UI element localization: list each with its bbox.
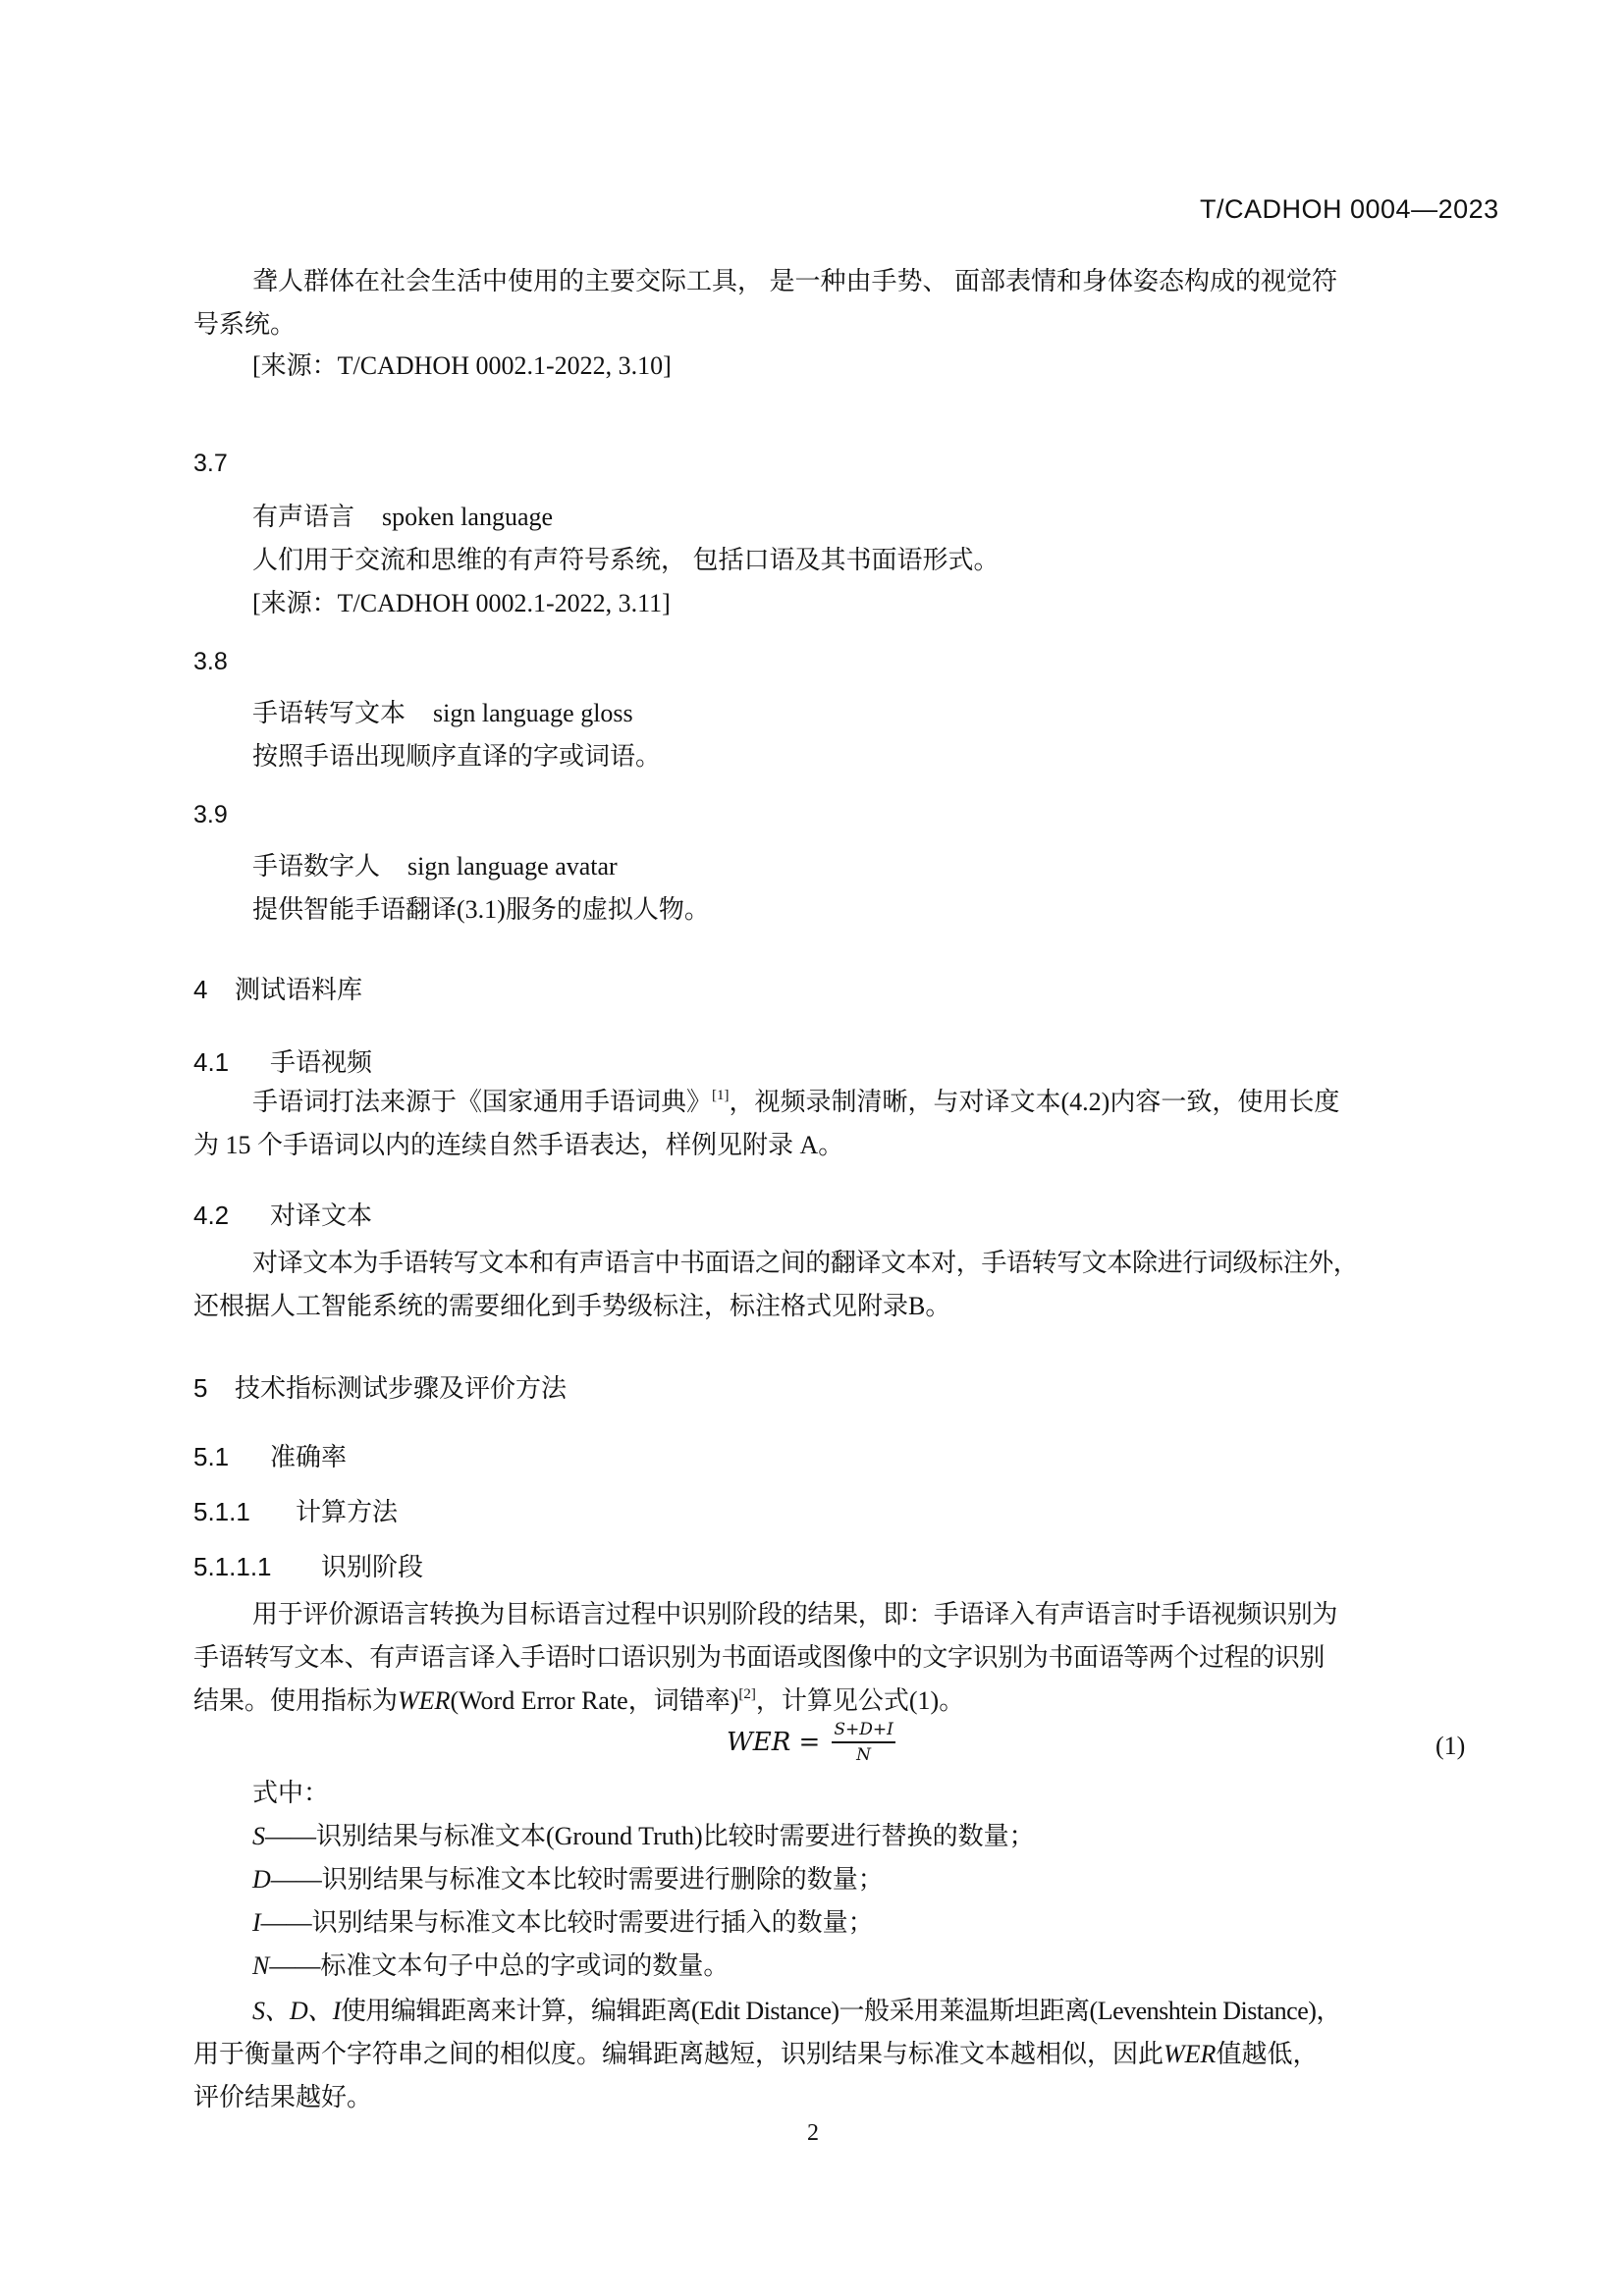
term-heading: 手语数字人sign language avatar [252, 852, 618, 881]
paragraph-line: 还根据人工智能系统的需要细化到手势级标注，标注格式见附录B。 [193, 1292, 950, 1321]
section-heading-5-1-1: 5.1.1计算方法 [193, 1492, 398, 1528]
section-heading-4-1: 4.1手语视频 [193, 1042, 372, 1079]
term-number: 3.8 [193, 648, 228, 676]
term-definition: 提供智能手语翻译(3.1)服务的虚拟人物。 [252, 895, 710, 925]
variable-def-i: I——识别结果与标准文本比较时需要进行插入的数量； [252, 1908, 874, 1938]
section-heading-5-1: 5.1准确率 [193, 1437, 347, 1473]
term-source: [来源：T/CADHOH 0002.1-2022, 3.11] [252, 589, 671, 618]
section-heading-4-2: 4.2对译文本 [193, 1196, 372, 1232]
citation-ref: [2] [738, 1686, 756, 1702]
section-heading-5: 5技术指标测试步骤及评价方法 [193, 1368, 567, 1405]
definition-line: 号系统。 [193, 310, 296, 340]
definition-source: [来源：T/CADHOH 0002.1-2022, 3.10] [252, 351, 672, 381]
formula-lhs: WER = [727, 1728, 820, 1757]
paragraph-line: 用于衡量两个字符串之间的相似度。编辑距离越短，识别结果与标准文本越相似，因此WE… [193, 2040, 1318, 2069]
paragraph-line: 手语转写文本、有声语言译入手语时口语识别为书面语或图像中的文字识别为书面语等两个… [193, 1643, 1325, 1673]
formula-denominator: N [856, 1743, 871, 1765]
paragraph-line: 对译文本为手语转写文本和有声语言中书面语之间的翻译文本对，手语转写文本除进行词级… [252, 1249, 1358, 1278]
wer-formula: WER = S+D+I N [727, 1720, 895, 1765]
paragraph-line: 为 15 个手语词以内的连续自然手语表达，样例见附录 A。 [193, 1131, 843, 1160]
term-zh: 有声语言 [252, 503, 354, 531]
paragraph-line: S、D、I使用编辑距离来计算，编辑距离(Edit Distance)一般采用莱温… [252, 1997, 1341, 2026]
term-definition: 按照手语出现顺序直译的字或词语。 [252, 742, 661, 772]
term-en: spoken language [382, 503, 553, 531]
citation-ref: [1] [712, 1088, 730, 1103]
wer-symbol: WER [398, 1686, 450, 1715]
variable-def-n: N——标准文本句子中总的字或词的数量。 [252, 1951, 729, 1981]
variable-def-d: D——识别结果与标准文本比较时需要进行删除的数量； [252, 1865, 884, 1895]
standard-code: T/CADHOH 0004—2023 [1200, 194, 1499, 225]
section-heading-5-1-1-1: 5.1.1.1识别阶段 [193, 1547, 423, 1583]
term-heading: 手语转写文本sign language gloss [252, 699, 633, 728]
term-zh: 手语数字人 [252, 852, 380, 881]
term-en: sign language avatar [407, 852, 618, 881]
term-definition: 人们用于交流和思维的有声符号系统， 包括口语及其书面语形式。 [252, 546, 1000, 575]
term-en: sign language gloss [433, 699, 633, 727]
formula-fraction: S+D+I N [832, 1720, 894, 1765]
paragraph-line: 手语词打法来源于《国家通用手语词典》[1]，视频录制清晰，与对译文本(4.2)内… [252, 1088, 1339, 1117]
page-number: 2 [807, 2120, 819, 2147]
definition-line: 聋人群体在社会生活中使用的主要交际工具， 是一种由手势、 面部表情和身体姿态构成… [252, 267, 1337, 296]
term-number: 3.7 [193, 450, 228, 478]
section-heading-4: 4测试语料库 [193, 970, 362, 1006]
equation-number: (1) [1435, 1732, 1465, 1761]
paragraph-line: 结果。使用指标为WER(Word Error Rate，词错率)[2]，计算见公… [193, 1686, 964, 1716]
paragraph-line: 评价结果越好。 [193, 2083, 372, 2112]
term-heading: 有声语言spoken language [252, 503, 553, 532]
term-zh: 手语转写文本 [252, 699, 406, 727]
variable-def-s: S——识别结果与标准文本(Ground Truth)比较时需要进行替换的数量； [252, 1822, 1035, 1851]
paragraph-line: 用于评价源语言转换为目标语言过程中识别阶段的结果，即：手语译入有声语言时手语视频… [252, 1600, 1337, 1629]
where-label: 式中： [252, 1779, 329, 1808]
term-number: 3.9 [193, 801, 228, 829]
formula-numerator: S+D+I [832, 1720, 894, 1743]
